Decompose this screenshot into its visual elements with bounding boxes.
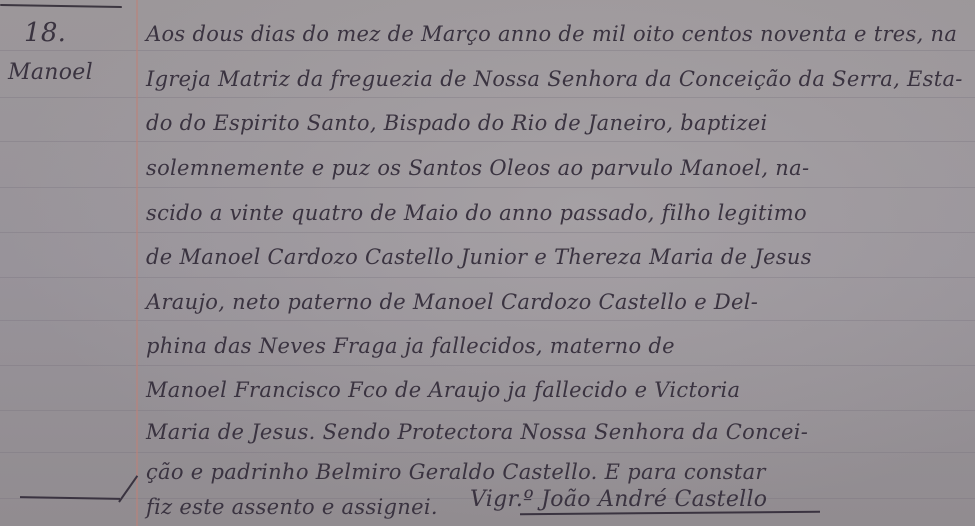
ruled-line [0,277,975,278]
entry-name: Manoel [8,60,93,85]
ruled-line [0,365,975,366]
body-line-8: phina das Neves Fraga ja fallecidos, mat… [146,334,675,358]
body-line-4: solemnemente e puz os Santos Oleos ao pa… [146,156,809,180]
priest-signature: Vigr.º João André Castello [470,487,767,512]
body-line-5: scido a vinte quatro de Maio do anno pas… [146,201,807,225]
ruled-line [0,141,975,142]
margin-rule [136,0,138,526]
body-line-3: do do Espirito Santo, Bispado do Rio de … [146,111,767,135]
ruled-line [0,410,975,411]
body-line-1: Aos dous dias do mez de Março anno de mi… [146,22,957,46]
ruled-line [0,232,975,233]
body-line-9: Manoel Francisco Fco de Araujo ja fallec… [146,378,740,402]
body-line-11: ção e padrinho Belmiro Geraldo Castello.… [146,460,766,484]
body-line-2: Igreja Matriz da freguezia de Nossa Senh… [146,67,963,91]
register-page: 18. Manoel Aos dous dias do mez de Março… [0,0,975,526]
ruled-line [0,50,975,51]
previous-entry-stroke [0,4,122,8]
entry-number: 18. [24,18,66,48]
ruled-line [0,320,975,321]
body-line-7: Araujo, neto paterno de Manoel Cardozo C… [146,290,758,314]
body-line-6: de Manoel Cardozo Castello Junior e Ther… [146,245,812,269]
ruled-line [0,452,975,453]
margin-closing-stroke [20,496,120,500]
body-line-12: fiz este assento e assignei. [146,495,438,519]
ruled-line [0,97,975,98]
body-line-10: Maria de Jesus. Sendo Protectora Nossa S… [146,420,808,444]
ruled-line [0,187,975,188]
